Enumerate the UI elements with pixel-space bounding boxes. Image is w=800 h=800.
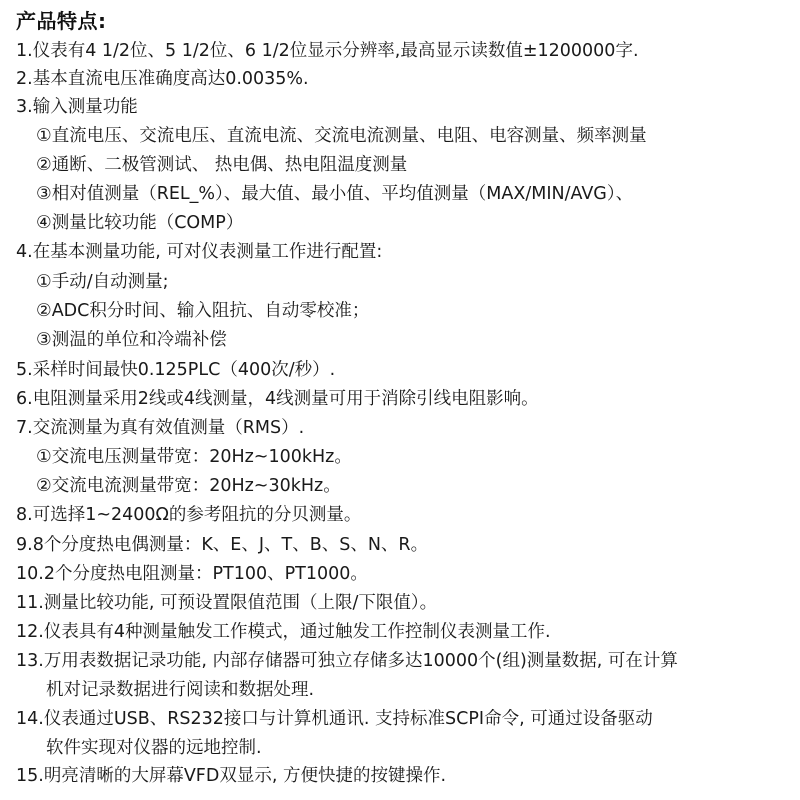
feature-item-15: 15.明亮清晰的大屏幕VFD双显示, 方便快捷的按键操作. — [16, 762, 446, 790]
feature-item-10: 10.2个分度热电阻测量：PT100、PT1000。 — [16, 560, 368, 588]
feature-item-7: 7.交流测量为真有效值测量（RMS）. — [16, 414, 304, 442]
section-title: 产品特点: — [16, 6, 107, 36]
feature-item-13-continued: 机对记录数据进行阅读和数据处理. — [46, 676, 314, 704]
feature-item-8: 8.可选择1~2400Ω的参考阻抗的分贝测量。 — [16, 501, 361, 529]
feature-item-14: 14.仪表通过USB、RS232接口与计算机通讯. 支持标准SCPI命令, 可通… — [16, 705, 653, 733]
feature-item-9: 9.8个分度热电偶测量：K、E、J、T、B、S、N、R。 — [16, 531, 428, 559]
feature-item-11: 11.测量比较功能, 可预设置限值范围（上限/下限值）。 — [16, 589, 437, 617]
feature-item-5: 5.采样时间最快0.125PLC（400次/秒）. — [16, 356, 335, 384]
feature-item-6: 6.电阻测量采用2线或4线测量，4线测量可用于消除引线电阻影响。 — [16, 385, 539, 413]
feature-subitem-4-3: ③测温的单位和冷端补偿 — [36, 326, 227, 354]
feature-item-13: 13.万用表数据记录功能, 内部存储器可独立存储多达10000个(组)测量数据,… — [16, 647, 678, 675]
feature-item-4: 4.在基本测量功能, 可对仪表测量工作进行配置: — [16, 238, 382, 266]
feature-item-1: 1.仪表有4 1/2位、5 1/2位、6 1/2位显示分辨率,最高显示读数值±1… — [16, 37, 639, 65]
feature-subitem-3-1: ①直流电压、交流电压、直流电流、交流电流测量、电阻、电容测量、频率测量 — [36, 122, 647, 150]
feature-item-12: 12.仪表具有4种测量触发工作模式，通过触发工作控制仪表测量工作. — [16, 618, 551, 646]
feature-subitem-7-2: ②交流电流测量带宽：20Hz~30kHz。 — [36, 472, 341, 500]
feature-item-14-continued: 软件实现对仪器的远地控制. — [46, 734, 262, 762]
feature-item-2: 2.基本直流电压准确度高达0.0035%. — [16, 65, 309, 93]
feature-item-3: 3.输入测量功能 — [16, 93, 138, 121]
feature-subitem-7-1: ①交流电压测量带宽：20Hz~100kHz。 — [36, 443, 352, 471]
feature-subitem-4-1: ①手动/自动测量; — [36, 268, 168, 296]
feature-subitem-3-2: ②通断、二极管测试、 热电偶、热电阻温度测量 — [36, 151, 407, 179]
feature-subitem-3-3: ③相对值测量（REL_%）、最大值、最小值、平均值测量（MAX/MIN/AVG）… — [36, 180, 633, 208]
feature-subitem-3-4: ④测量比较功能（COMP） — [36, 209, 243, 237]
feature-subitem-4-2: ②ADC积分时间、输入阻抗、自动零校准； — [36, 297, 369, 325]
